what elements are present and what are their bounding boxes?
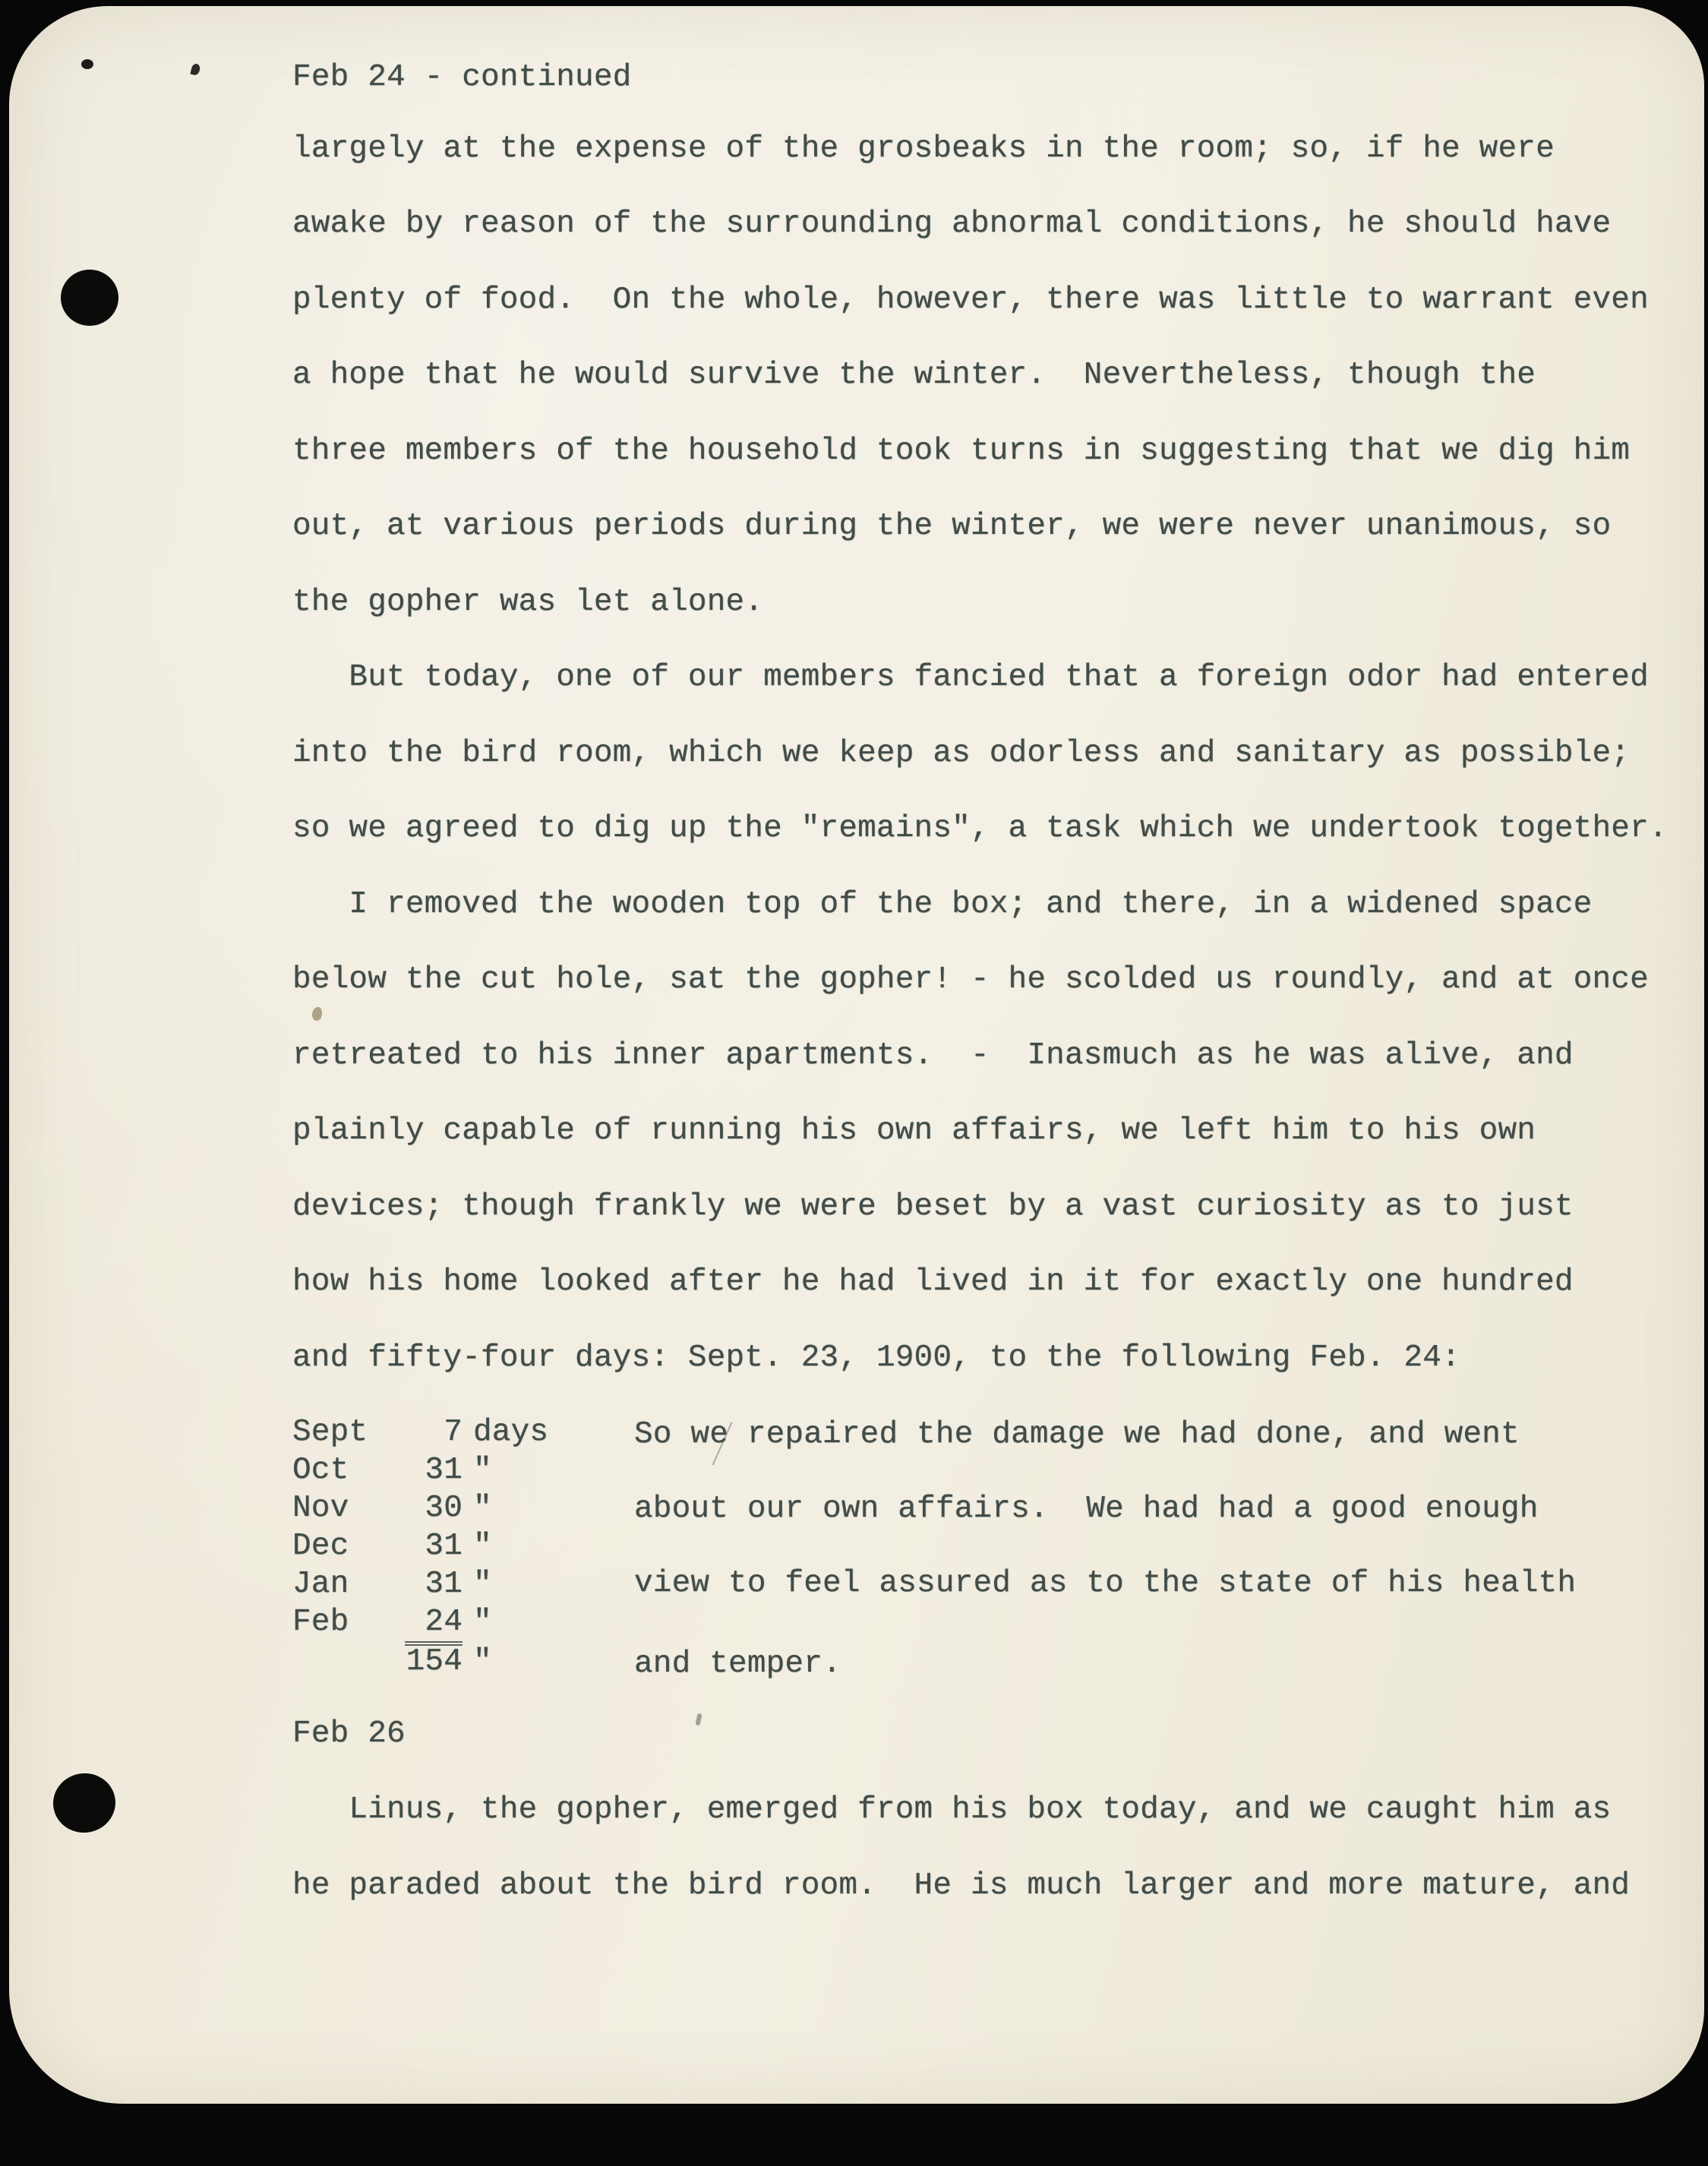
typed-line: he paraded about the bird room. He is mu… xyxy=(292,1871,1630,1902)
unit-cell: days xyxy=(473,1417,548,1448)
month-cell: Sept xyxy=(292,1417,368,1448)
paper-smudge xyxy=(312,1007,322,1021)
typed-line: Linus, the gopher, emerged from his box … xyxy=(292,1795,1611,1826)
punch-hole-top xyxy=(61,270,118,326)
days-cell: 30 xyxy=(405,1493,463,1524)
typed-line: out, at various periods during the winte… xyxy=(292,511,1611,542)
typed-line: devices; though frankly we were beset by… xyxy=(292,1192,1574,1223)
total-days-cell: 154 xyxy=(405,1647,463,1678)
days-cell: 31 xyxy=(405,1531,463,1562)
table-total-row: 154 " xyxy=(292,1647,611,1684)
days-cell: 7 xyxy=(405,1417,463,1448)
ink-speck xyxy=(81,59,93,69)
journal-page: Feb 24 - continued largely at the expens… xyxy=(9,6,1704,2104)
typed-line: plainly capable of running his own affai… xyxy=(292,1116,1536,1147)
typed-line: largely at the expense of the grosbeaks … xyxy=(292,134,1555,165)
typed-line: and temper. xyxy=(634,1649,841,1680)
month-cell: Jan xyxy=(292,1569,349,1600)
typed-line: the gopher was let alone. xyxy=(292,587,763,618)
table-row: Dec 31 " xyxy=(292,1531,611,1569)
typed-line: plenty of food. On the whole, however, t… xyxy=(292,285,1649,316)
typed-line: so we agreed to dig up the "remains", a … xyxy=(292,813,1668,845)
unit-cell: " xyxy=(473,1607,492,1638)
typed-line: a hope that he would survive the winter.… xyxy=(292,360,1536,391)
table-row: Jan 31 " xyxy=(292,1569,611,1607)
punch-hole-bottom xyxy=(49,1770,119,1837)
month-cell: Oct xyxy=(292,1455,349,1486)
scanned-journal-page: { "page": { "paper_color": "#f0ebdd", "i… xyxy=(0,0,1708,2166)
entry-heading-feb26: Feb 26 xyxy=(292,1719,406,1750)
ink-speck xyxy=(190,63,200,76)
unit-cell: " xyxy=(473,1493,492,1524)
typed-line: But today, one of our members fancied th… xyxy=(292,662,1649,693)
unit-cell: " xyxy=(473,1569,492,1600)
table-row: Nov 30 " xyxy=(292,1493,611,1531)
month-cell: Feb xyxy=(292,1607,349,1638)
days-cell: 31 xyxy=(405,1455,463,1486)
days-cell: 31 xyxy=(405,1569,463,1600)
table-row: Oct 31 " xyxy=(292,1455,611,1493)
duration-table: Sept 7 days Oct 31 " Nov 30 " Dec 31 " J… xyxy=(292,1417,611,1691)
unit-cell: " xyxy=(473,1455,492,1486)
unit-cell: " xyxy=(473,1647,492,1678)
days-cell-underlined: 24 xyxy=(405,1607,463,1646)
month-cell: Dec xyxy=(292,1531,349,1562)
typed-line: how his home looked after he had lived i… xyxy=(292,1267,1574,1298)
table-row: Sept 7 days xyxy=(292,1417,611,1455)
table-side-note: So we repaired the damage we had done, a… xyxy=(634,1419,1621,1738)
month-cell: Nov xyxy=(292,1493,349,1524)
typed-line: and fifty-four days: Sept. 23, 1900, to … xyxy=(292,1343,1460,1374)
typed-line: awake by reason of the surrounding abnor… xyxy=(292,209,1611,240)
typed-line: three members of the household took turn… xyxy=(292,436,1630,467)
typed-line: into the bird room, which we keep as odo… xyxy=(292,738,1630,769)
typed-line: So we repaired the damage we had done, a… xyxy=(634,1419,1520,1451)
entry-heading-feb24: Feb 24 - continued xyxy=(292,62,631,93)
typed-line: below the cut hole, sat the gopher! - he… xyxy=(292,965,1649,996)
typed-line: view to feel assured as to the state of … xyxy=(634,1568,1576,1599)
typed-line: I removed the wooden top of the box; and… xyxy=(292,889,1592,920)
typed-line: about our own affairs. We had had a good… xyxy=(634,1494,1539,1525)
typed-line: retreated to his inner apartments. - Ina… xyxy=(292,1040,1574,1072)
unit-cell: " xyxy=(473,1531,492,1562)
table-row: Feb 24 " xyxy=(292,1607,611,1645)
